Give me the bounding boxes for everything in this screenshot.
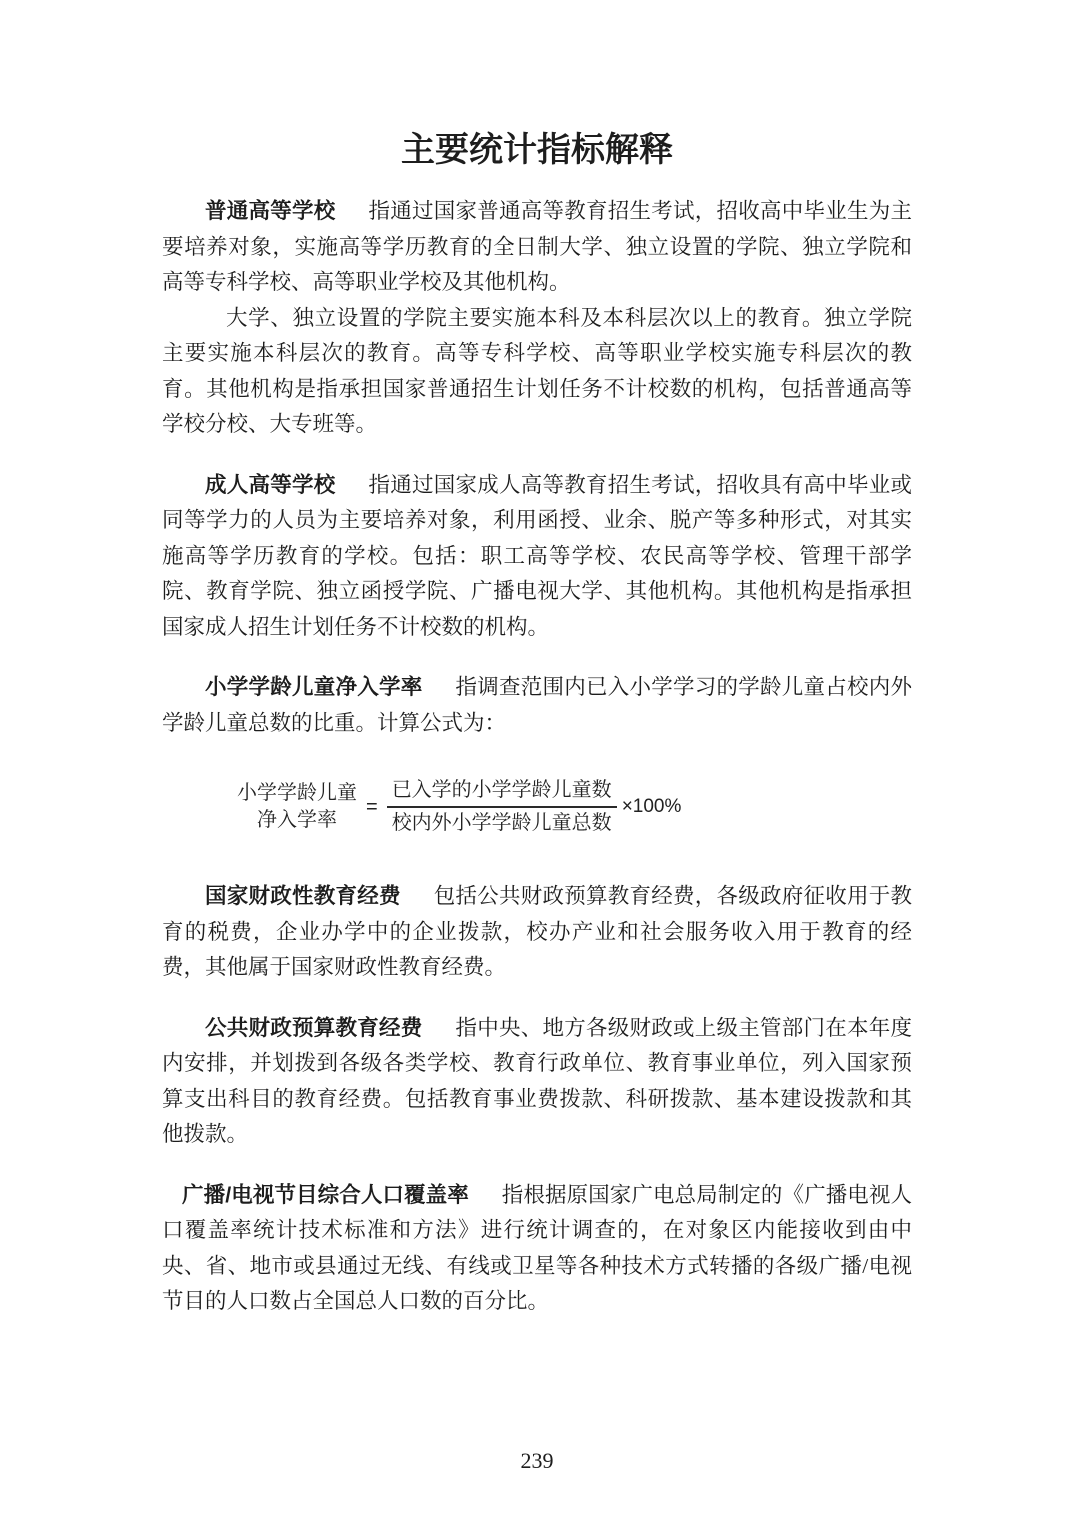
definition-paragraph-jingruxuelv: 小学学龄儿童净入学率指调查范围内已入小学学习的学龄儿童占校内外学龄儿童总数的比重… — [162, 670, 912, 741]
formula-multiplier: ×100% — [622, 796, 682, 818]
page-number: 239 — [0, 1448, 1074, 1474]
page-content: 主要统计指标解释 普通高等学校指通过国家普通高等教育招生考试，招收高中毕业生为主… — [162, 130, 912, 1320]
formula-lhs: 小学学龄儿童 净入学率 — [237, 780, 357, 834]
definition-text: 指通过国家成人高等教育招生考试，招收具有高中毕业或同等学力的人员为主要培养对象，… — [162, 473, 912, 639]
formula-equals-sign: = — [366, 794, 378, 821]
definition-term: 广播/电视节目综合人口覆盖率 — [182, 1183, 502, 1207]
document-page: 主要统计指标解释 普通高等学校指通过国家普通高等教育招生考试，招收高中毕业生为主… — [0, 0, 1074, 1520]
definition-term: 国家财政性教育经费 — [205, 884, 434, 908]
definition-paragraph-guojia-caizhengxing-jiaoyu-jingfei: 国家财政性教育经费包括公共财政预算教育经费，各级政府征收用于教育的税费，企业办学… — [162, 879, 912, 986]
formula-lhs-top: 小学学龄儿童 — [237, 780, 357, 807]
definition-paragraph-putong-gaodeng-xuexiao: 普通高等学校指通过国家普通高等教育招生考试，招收高中毕业生为主要培养对象，实施高… — [162, 194, 912, 301]
definition-paragraph-guangbo-dianshi-fugailv: 广播/电视节目综合人口覆盖率指根据原国家广电总局制定的《广播电视人口覆盖率统计技… — [162, 1178, 912, 1320]
definition-term: 小学学龄儿童净入学率 — [205, 675, 456, 699]
enrollment-rate-formula: 小学学龄儿童 净入学率 = 已入学的小学学龄儿童数 校内外小学学龄儿童总数 ×1… — [237, 777, 912, 837]
definition-paragraph-gonggong-caizheng-yusuan-jiaoyu-jingfei: 公共财政预算教育经费指中央、地方各级财政或上级主管部门在本年度内安排，并划拨到各… — [162, 1011, 912, 1153]
page-title: 主要统计指标解释 — [162, 130, 912, 170]
definition-term: 成人高等学校 — [205, 473, 369, 497]
formula-fraction: 已入学的小学学龄儿童数 校内外小学学龄儿童总数 — [387, 777, 617, 837]
formula-denominator: 校内外小学学龄儿童总数 — [387, 806, 617, 837]
definition-term: 公共财政预算教育经费 — [205, 1016, 456, 1040]
continuation-paragraph-daxue: 大学、独立设置的学院主要实施本科及本科层次以上的教育。独立学院主要实施本科层次的… — [162, 301, 912, 443]
definition-text: 大学、独立设置的学院主要实施本科及本科层次以上的教育。独立学院主要实施本科层次的… — [162, 306, 912, 437]
formula-numerator: 已入学的小学学龄儿童数 — [387, 777, 617, 806]
definition-paragraph-chengren-gaodeng-xuexiao: 成人高等学校指通过国家成人高等教育招生考试，招收具有高中毕业或同等学力的人员为主… — [162, 468, 912, 646]
formula-lhs-bottom: 净入学率 — [257, 807, 337, 834]
definition-term: 普通高等学校 — [205, 199, 369, 223]
